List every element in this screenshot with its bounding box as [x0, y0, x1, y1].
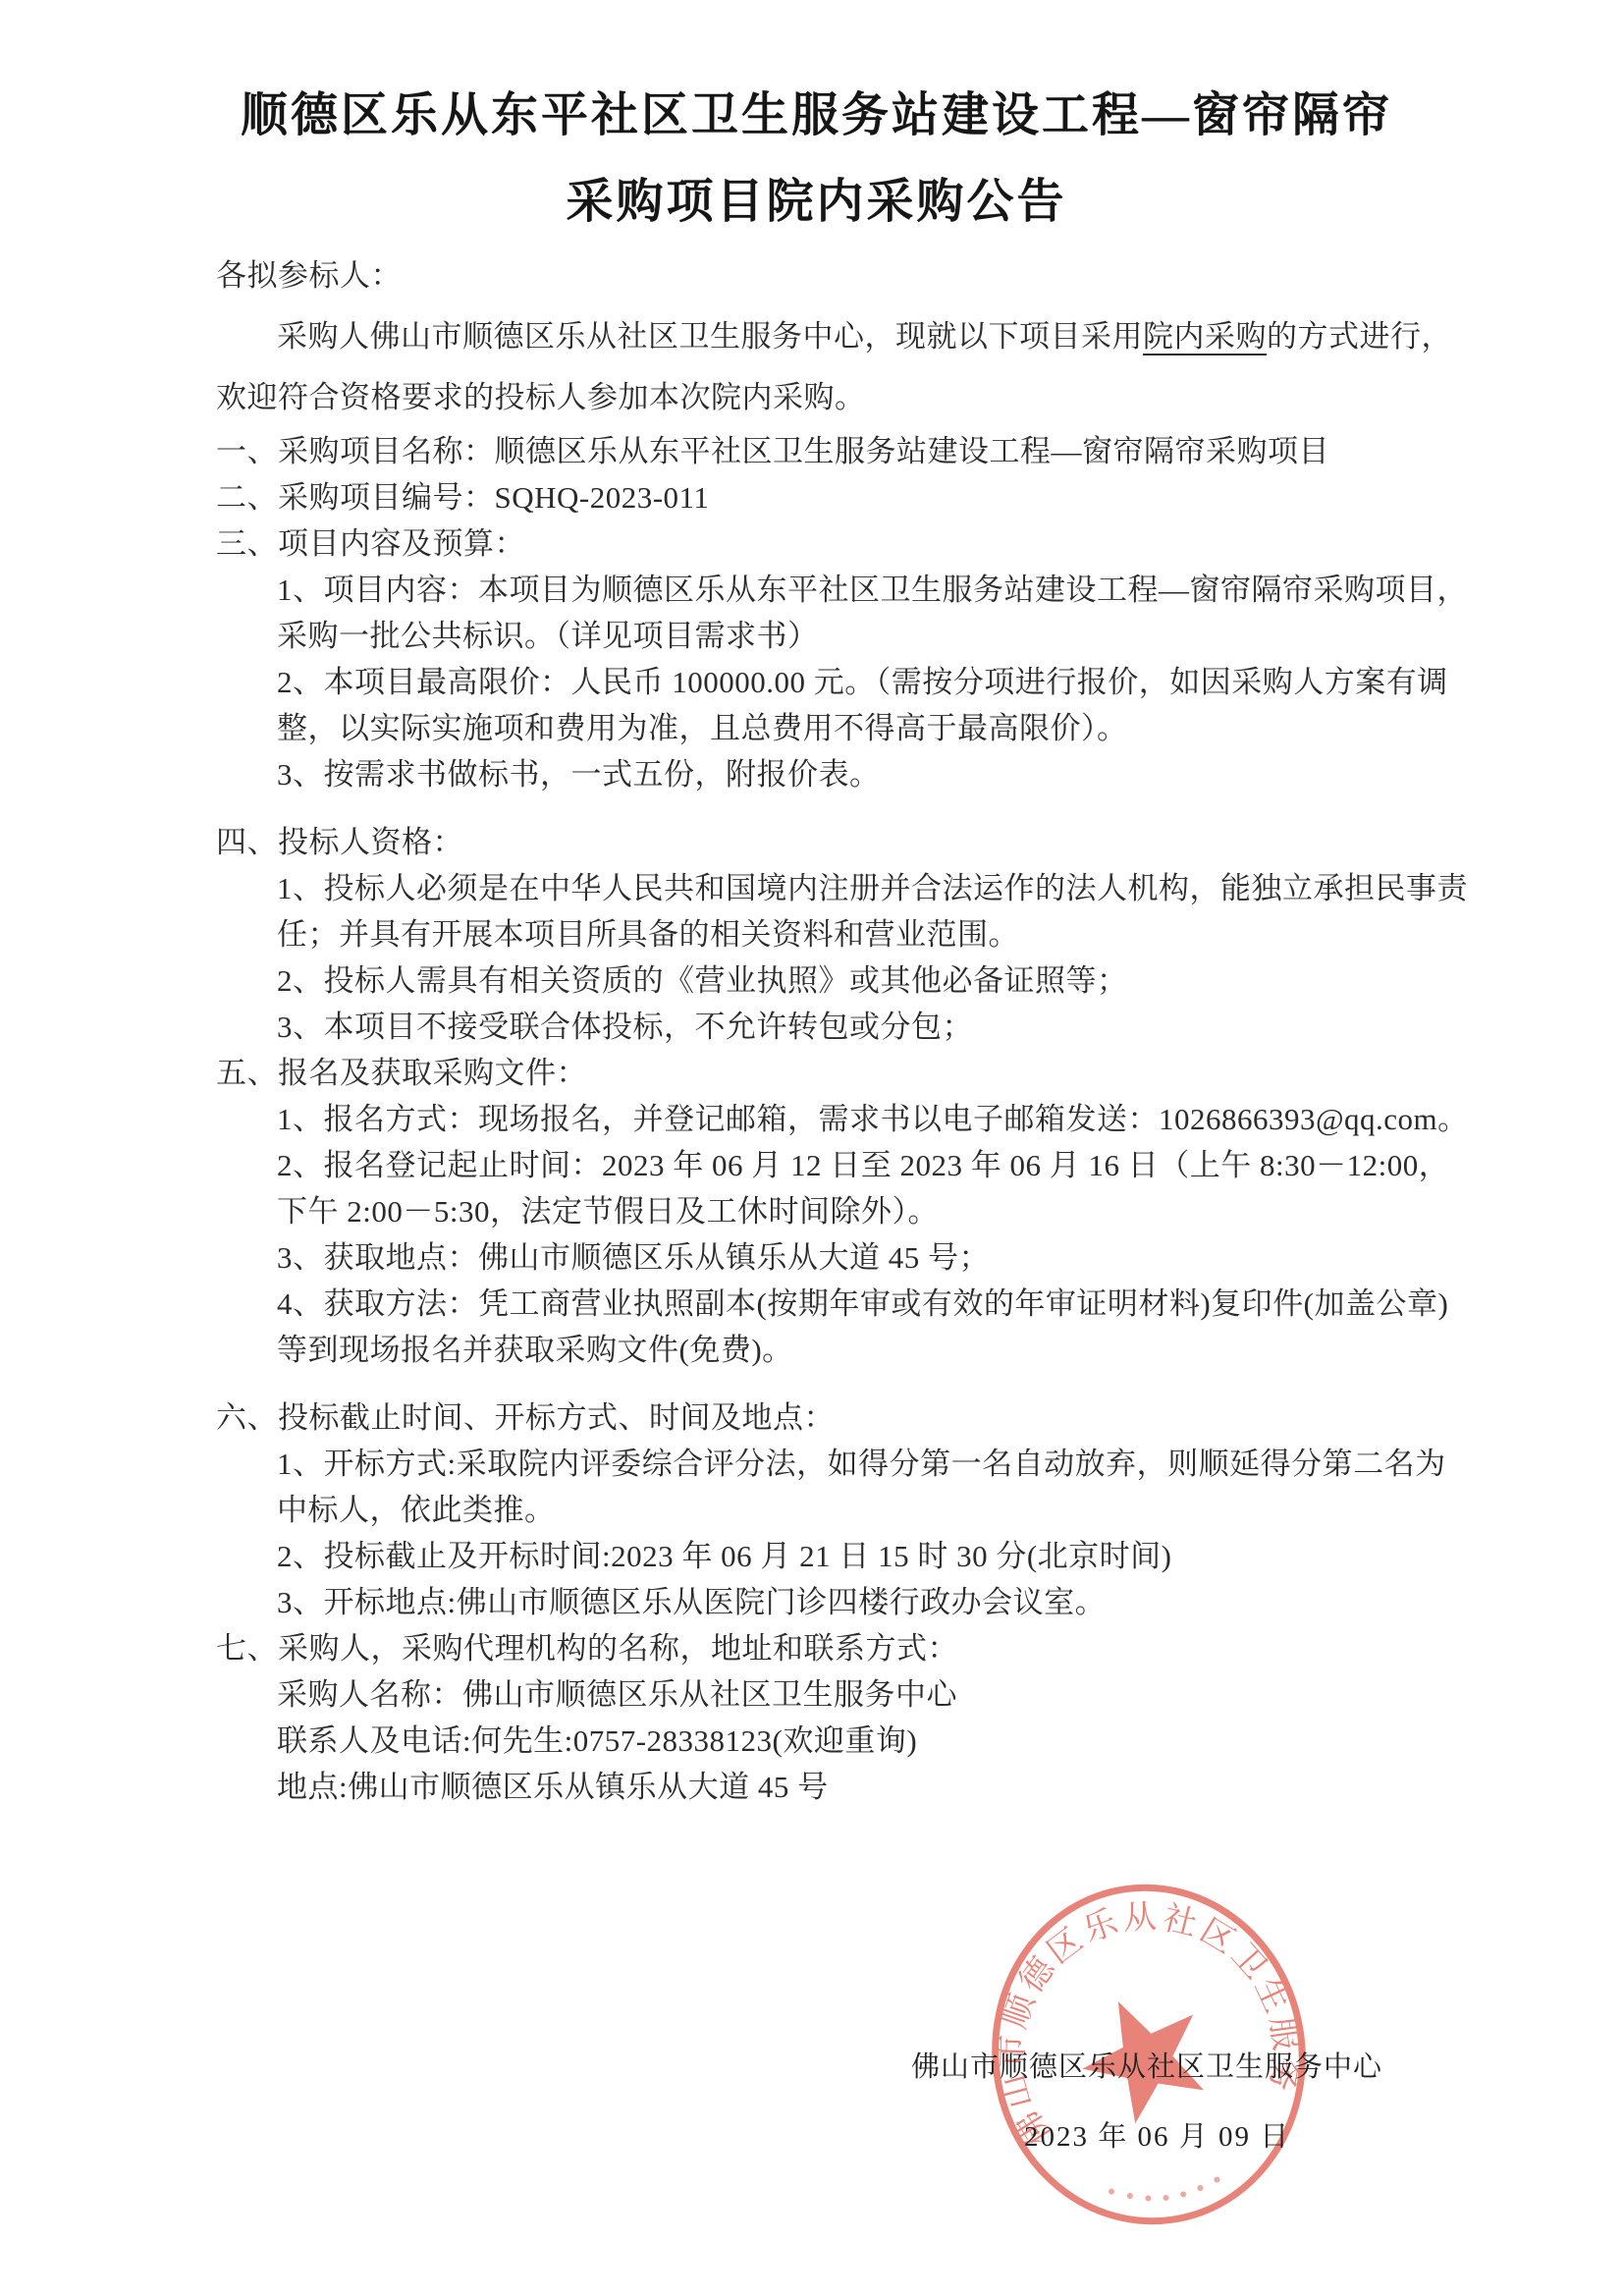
body-line: 采购一批公共标识。（详见项目需求书） [277, 613, 1417, 659]
body-line: 各拟参标人： [216, 246, 1417, 306]
body-line: 4、获取方法：凭工商营业执照副本(按期年审或有效的年审证明材料)复印件(加盖公章… [277, 1281, 1417, 1327]
body-line: 三、项目内容及预算： [216, 520, 1417, 567]
body-line: 1、项目内容：本项目为顺德区乐从东平社区卫生服务站建设工程—窗帘隔帘采购项目， [277, 567, 1417, 613]
body-line: 3、获取地点：佛山市顺德区乐从镇乐从大道 45 号； [277, 1234, 1417, 1281]
body-line: 整，以实际实施项和费用为准，且总费用不得高于最高限价）。 [277, 705, 1417, 751]
document-body: 各拟参标人：采购人佛山市顺德区乐从社区卫生服务中心，现就以下项目采用院内采购的方… [216, 246, 1417, 1810]
body-line: 1、投标人必须是在中华人民共和国境内注册并合法运作的法人机构，能独立承担民事责 [277, 865, 1417, 911]
document-title: 顺德区乐从东平社区卫生服务站建设工程—窗帘隔帘 采购项目院内采购公告 [216, 73, 1417, 246]
body-line: 任；并具有开展本项目所具备的相关资料和营业范围。 [277, 911, 1417, 957]
body-line: 联系人及电话:何先生:0757-28338123(欢迎重询) [277, 1718, 1417, 1764]
body-line: 2、投标截止及开标时间:2023 年 06 月 21 日 15 时 30 分(北… [277, 1533, 1417, 1579]
signature-date: 2023 年 06 月 09 日 [1024, 2114, 1290, 2155]
body-line: 一、采购项目名称：顺德区乐从东平社区卫生服务站建设工程—窗帘隔帘采购项目 [216, 428, 1417, 474]
body-line: 下午 2:00－5:30，法定节假日及工休时间除外）。 [277, 1188, 1417, 1234]
body-line: 四、投标人资格： [216, 819, 1417, 865]
body-line: 1、开标方式:采取院内评委综合评分法，如得分第一名自动放弃，则顺延得分第二名为 [277, 1441, 1417, 1487]
signature-org: 佛山市顺德区乐从社区卫生服务中心 [911, 2045, 1382, 2085]
body-line: 3、本项目不接受联合体投标，不允许转包或分包； [277, 1004, 1417, 1050]
body-line: 2、投标人需具有相关资质的《营业执照》或其他必备证照等； [277, 957, 1417, 1004]
body-line: 五、报名及获取采购文件： [216, 1050, 1417, 1096]
body-line: 六、投标截止时间、开标方式、时间及地点： [216, 1394, 1417, 1441]
document-title-line-2: 采购项目院内采购公告 [216, 159, 1417, 246]
body-line: 2、报名登记起止时间：2023 年 06 月 12 日至 2023 年 06 月… [277, 1142, 1417, 1188]
body-line: 采购人名称：佛山市顺德区乐从社区卫生服务中心 [277, 1671, 1417, 1718]
seal-serial-dots [1109, 2173, 1222, 2209]
body-line: 3、开标地点:佛山市顺德区乐从医院门诊四楼行政办会议室。 [277, 1579, 1417, 1625]
body-line: 3、按需求书做标书，一式五份，附报价表。 [277, 751, 1417, 797]
body-line: 1、报名方式：现场报名，并登记邮箱，需求书以电子邮箱发送：1026866393@… [277, 1096, 1417, 1142]
document-page: 顺德区乐从东平社区卫生服务站建设工程—窗帘隔帘 采购项目院内采购公告 各拟参标人… [0, 0, 1623, 2296]
body-line: 地点:佛山市顺德区乐从镇乐从大道 45 号 [277, 1764, 1417, 1810]
body-line: 中标人，依此类推。 [277, 1487, 1417, 1533]
body-line: 采购人佛山市顺德区乐从社区卫生服务中心，现就以下项目采用院内采购的方式进行， [216, 306, 1417, 367]
document-title-line-1: 顺德区乐从东平社区卫生服务站建设工程—窗帘隔帘 [216, 73, 1417, 159]
body-line: 七、采购人，采购代理机构的名称，地址和联系方式： [216, 1625, 1417, 1671]
body-line: 二、采购项目编号：SQHQ-2023-011 [216, 474, 1417, 520]
body-line: 欢迎符合资格要求的投标人参加本次院内采购。 [216, 367, 1417, 428]
body-line: 2、本项目最高限价：人民币 100000.00 元。（需按分项进行报价，如因采购… [277, 659, 1417, 705]
body-line: 等到现场报名并获取采购文件(免费)。 [277, 1327, 1417, 1373]
underline-emphasis: 院内采购 [1143, 319, 1267, 354]
